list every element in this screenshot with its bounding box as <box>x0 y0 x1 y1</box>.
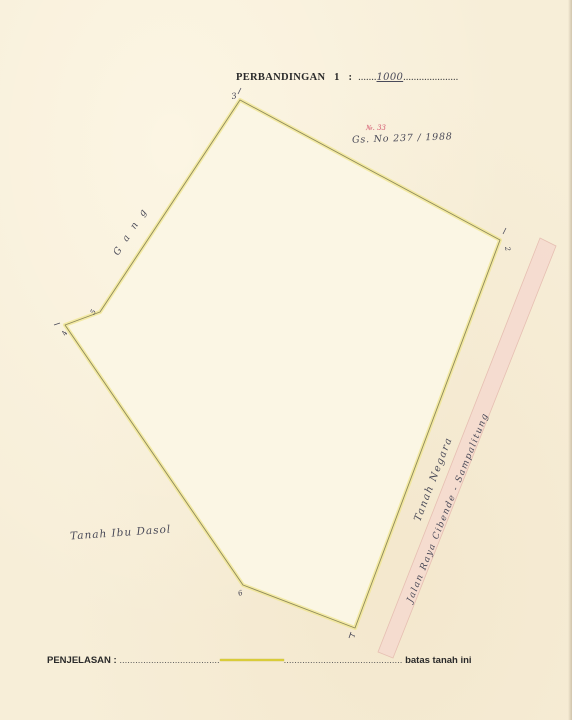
reference-red-tag: №. 33 <box>366 124 386 132</box>
scale-label: PERBANDINGAN <box>236 72 325 83</box>
legend-dots-right: ........................................… <box>284 655 403 666</box>
legend-label: PENJELASAN <box>47 655 111 666</box>
corner-label-2: 2 <box>503 245 512 252</box>
legend-description: batas tanah ini <box>405 655 472 666</box>
boundary-swatch <box>220 659 284 661</box>
scale-dots-right: ..................... <box>403 72 458 83</box>
corner-label-6: 6 <box>237 589 244 598</box>
legend-separator: : <box>114 655 117 666</box>
parcel-map: 3 2 5 4 6 1 G a n g Tanah Negara Jalan R… <box>0 0 572 720</box>
scale-header: PERBANDINGAN 1 : .......1000............… <box>236 72 458 83</box>
legend: PENJELASAN : ...........................… <box>47 655 472 666</box>
scale-value: 1000 <box>377 72 404 83</box>
scale-dots-left: ....... <box>358 72 376 83</box>
scale-separator: : <box>348 72 352 83</box>
legend-dots-left: ...................................... <box>119 655 219 666</box>
scale-prefix: 1 <box>334 72 340 83</box>
corner-label-3: 3 <box>231 91 238 101</box>
corner-label-1: 1 <box>348 632 357 639</box>
